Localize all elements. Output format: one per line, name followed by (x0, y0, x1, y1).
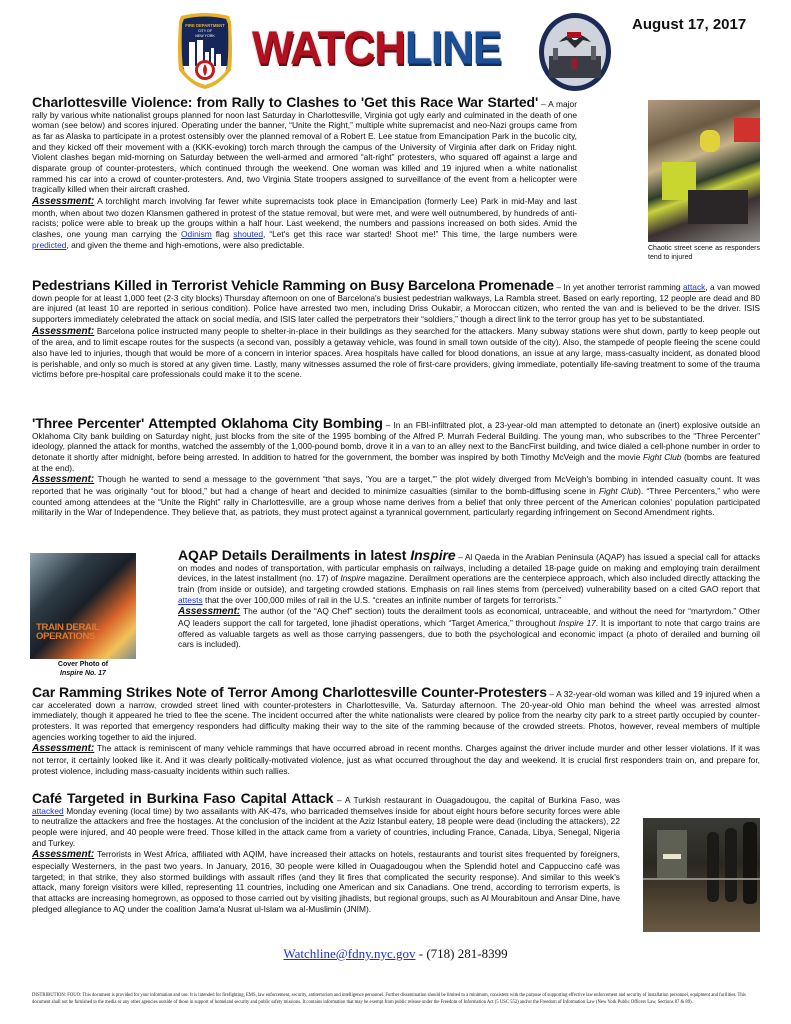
assessment-label: Assessment: (32, 474, 94, 485)
ctdp-seal-logo (537, 12, 613, 92)
responder-helmet-shape (700, 130, 720, 152)
article-car-ramming-charlottesville: Car Ramming Strikes Note of Terror Among… (32, 687, 760, 776)
svg-text:NEW YORK: NEW YORK (195, 34, 215, 38)
watchline-wordmark: WATCHLINE (252, 27, 501, 71)
email-link[interactable]: Watchline@fdny.nyc.gov (283, 946, 415, 961)
article-charlottesville-violence: Charlottesville Violence: from Rally to … (32, 97, 577, 250)
phone-number: (718) 281-8399 (426, 946, 507, 961)
article-headline: Café Targeted in Burkina Faso Capital At… (32, 790, 333, 806)
issue-date: August 17, 2017 (632, 16, 746, 33)
article-headline: AQAP Details Derailments in latest Inspi… (178, 547, 456, 563)
article-barcelona-ramming: Pedestrians Killed in Terrorist Vehicle … (32, 280, 760, 380)
article-headline: Car Ramming Strikes Note of Terror Among… (32, 684, 547, 700)
wordmark-line: LINE (405, 23, 501, 74)
photo-caption: Chaotic street scene as responders tend … (648, 245, 760, 262)
svg-text:CITY OF: CITY OF (198, 29, 213, 33)
distribution-disclaimer: DISTRIBUTION: FOUO: This document is pro… (32, 993, 762, 1006)
article-headline: Pedestrians Killed in Terrorist Vehicle … (32, 277, 554, 293)
article-aqap-inspire: AQAP Details Derailments in latest Inspi… (178, 550, 760, 650)
cover-title-text: TRAIN DERAIL OPERATIONS (36, 623, 136, 641)
soldier-silhouette (743, 822, 757, 904)
masthead: FIRE DEPARTMENT CITY OF NEW YORK WATCHLI… (0, 0, 791, 95)
inspire-cover-photo: TRAIN DERAIL OPERATIONS (30, 553, 136, 659)
assessment-label: Assessment: (32, 326, 94, 337)
link-shouted[interactable]: shouted (233, 229, 263, 239)
article-lead: – A major rally by various white nationa… (32, 99, 577, 194)
ouagadougou-photo (643, 818, 760, 932)
svg-text:FIRE DEPARTMENT: FIRE DEPARTMENT (185, 23, 225, 28)
assessment-label: Assessment: (32, 849, 94, 860)
soldier-silhouette (707, 832, 719, 902)
soldier-silhouette (725, 828, 737, 902)
link-attests[interactable]: attests (178, 595, 203, 605)
article-headline: Charlottesville Violence: from Rally to … (32, 94, 538, 110)
link-attacked[interactable]: attacked (32, 806, 64, 816)
contact-line: Watchline@fdny.nyc.gov - (718) 281-8399 (0, 946, 791, 962)
charlottesville-photo (648, 100, 760, 242)
link-attack[interactable]: attack (683, 282, 705, 292)
link-odinism[interactable]: Odinism (181, 229, 212, 239)
article-burkina-faso-cafe: Café Targeted in Burkina Faso Capital At… (32, 793, 620, 914)
wordmark-watch: WATCH (252, 23, 405, 74)
link-predicted[interactable]: predicted (32, 240, 66, 250)
assessment-label: Assessment: (32, 743, 94, 754)
barrier-rail (643, 878, 760, 880)
assessment-label: Assessment: (178, 606, 240, 617)
red-shirt-shape (734, 118, 760, 142)
vehicle-lights (663, 854, 681, 859)
article-oklahoma-bombing: 'Three Percenter' Attempted Oklahoma Cit… (32, 418, 760, 518)
cover-caption: Cover Photo of Inspire No. 17 (30, 661, 136, 678)
injured-person-shape (688, 190, 748, 224)
article-headline: 'Three Percenter' Attempted Oklahoma Cit… (32, 415, 383, 431)
fdny-badge-logo: FIRE DEPARTMENT CITY OF NEW YORK (175, 12, 235, 90)
assessment-label: Assessment: (32, 196, 94, 207)
